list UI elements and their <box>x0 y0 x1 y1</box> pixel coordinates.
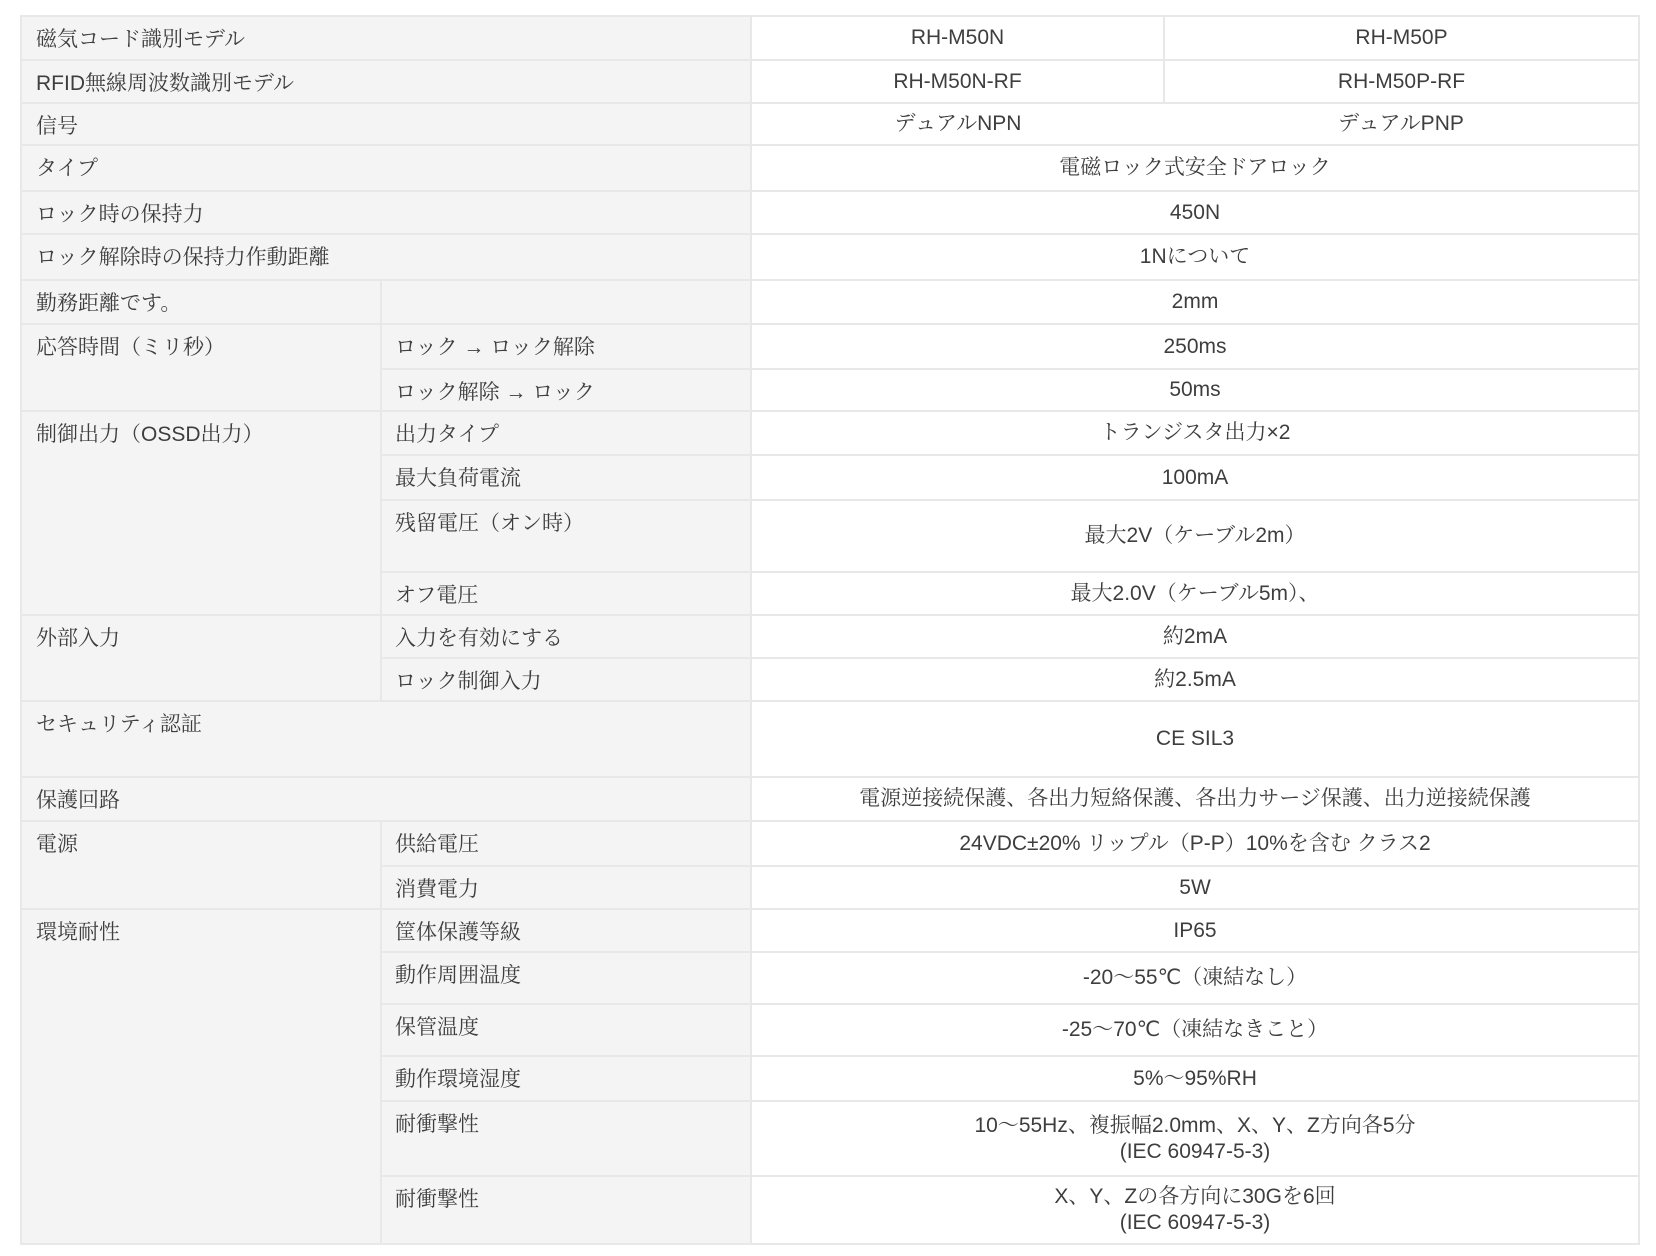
spec-row: 外部入力 入力を有効にする 約2mA <box>21 615 1639 658</box>
spec-row: 環境耐性 筐体保護等級 IP65 <box>21 909 1639 952</box>
value-unlock-to-lock: 50ms <box>751 369 1639 411</box>
value-operating-humidity: 5%〜95%RH <box>751 1056 1639 1101</box>
row-label-security-cert: セキュリティ認証 <box>21 701 751 777</box>
value-model-pnp: RH-M50P <box>1164 16 1639 60</box>
row-label-signal: 信号 <box>21 103 751 145</box>
value-enable-input: 約2mA <box>751 615 1639 658</box>
value-line-2: (IEC 60947-5-3) <box>762 1210 1628 1236</box>
sublabel-shock-resistance: 耐衝撃性 <box>381 1176 751 1244</box>
sublabel-output-type: 出力タイプ <box>381 411 751 455</box>
row-label-working-distance: 勤務距離です。 <box>21 280 381 324</box>
page: 磁気コード識別モデル RH-M50N RH-M50P RFID無線周波数識別モデ… <box>0 0 1656 1256</box>
sublabel-power-consumption: 消費電力 <box>381 866 751 909</box>
value-security-cert: CE SIL3 <box>751 701 1639 777</box>
row-label-rfid-model: RFID無線周波数識別モデル <box>21 60 751 103</box>
value-shock-resistance: X、Y、Zの各方向に30Gを6回 (IEC 60947-5-3) <box>751 1176 1639 1244</box>
value-rfid-model-npn: RH-M50N-RF <box>751 60 1164 103</box>
value-enclosure-rating: IP65 <box>751 909 1639 952</box>
value-off-voltage: 最大2.0V（ケーブル5m）、 <box>751 572 1639 615</box>
spec-table: 磁気コード識別モデル RH-M50N RH-M50P RFID無線周波数識別モデ… <box>20 15 1640 1245</box>
sublabel-storage-temp: 保管温度 <box>381 1004 751 1056</box>
value-line-1: X、Y、Zの各方向に30Gを6回 <box>762 1184 1628 1210</box>
value-lock-control-input: 約2.5mA <box>751 658 1639 701</box>
row-label-external-input: 外部入力 <box>21 615 381 701</box>
spec-row: ロック時の保持力 450N <box>21 191 1639 234</box>
spec-row: RFID無線周波数識別モデル RH-M50N-RF RH-M50P-RF <box>21 60 1639 103</box>
spec-row: 信号 デュアルNPN デュアルPNP <box>21 103 1639 145</box>
sublabel-off-voltage: オフ電圧 <box>381 572 751 615</box>
row-label-protection-circuit: 保護回路 <box>21 777 751 821</box>
spec-row: 応答時間（ミリ秒） ロック → ロック解除 250ms <box>21 324 1639 369</box>
value-output-type: トランジスタ出力×2 <box>751 411 1639 455</box>
value-working-distance: 2mm <box>751 280 1639 324</box>
sublabel-supply-voltage: 供給電圧 <box>381 821 751 866</box>
sublabel-working-distance-empty <box>381 280 751 324</box>
value-holding-force: 450N <box>751 191 1639 234</box>
sublabel-lock-control-input: ロック制御入力 <box>381 658 751 701</box>
spec-row: セキュリティ認証 CE SIL3 <box>21 701 1639 777</box>
row-label-power: 電源 <box>21 821 381 909</box>
spec-row: 保護回路 電源逆接続保護、各出力短絡保護、各出力サージ保護、出力逆接続保護 <box>21 777 1639 821</box>
spec-row: 制御出力（OSSD出力） 出力タイプ トランジスタ出力×2 <box>21 411 1639 455</box>
row-label-response-time: 応答時間（ミリ秒） <box>21 324 381 411</box>
value-unlock-force-distance: 1Nについて <box>751 234 1639 280</box>
spec-row: 電源 供給電圧 24VDC±20% リップル（P-P）10%を含む クラス2 <box>21 821 1639 866</box>
value-vibration-resistance: 10〜55Hz、複振幅2.0mm、X、Y、Z方向各5分 (IEC 60947-5… <box>751 1101 1639 1176</box>
sublabel-lock-to-unlock: ロック → ロック解除 <box>381 324 751 369</box>
row-label-unlock-force-distance: ロック解除時の保持力作動距離 <box>21 234 751 280</box>
sublabel-enable-input: 入力を有効にする <box>381 615 751 658</box>
value-power-consumption: 5W <box>751 866 1639 909</box>
value-signal-npn: デュアルNPN <box>751 103 1164 145</box>
spec-row: ロック解除時の保持力作動距離 1Nについて <box>21 234 1639 280</box>
sublabel-max-load-current: 最大負荷電流 <box>381 455 751 500</box>
value-supply-voltage: 24VDC±20% リップル（P-P）10%を含む クラス2 <box>751 821 1639 866</box>
spec-row: 磁気コード識別モデル RH-M50N RH-M50P <box>21 16 1639 60</box>
spec-row: タイプ 電磁ロック式安全ドアロック <box>21 145 1639 191</box>
row-label-type: タイプ <box>21 145 751 191</box>
value-lock-to-unlock: 250ms <box>751 324 1639 369</box>
spec-row: 勤務距離です。 2mm <box>21 280 1639 324</box>
value-model-npn: RH-M50N <box>751 16 1164 60</box>
row-label-control-output: 制御出力（OSSD出力） <box>21 411 381 615</box>
value-storage-temp: -25〜70℃（凍結なきこと） <box>751 1004 1639 1056</box>
row-label-environment: 環境耐性 <box>21 909 381 1244</box>
sublabel-vibration-resistance: 耐衝撃性 <box>381 1101 751 1176</box>
value-signal-pnp: デュアルPNP <box>1164 103 1639 145</box>
sublabel-operating-humidity: 動作環境湿度 <box>381 1056 751 1101</box>
value-operating-temp: -20〜55℃（凍結なし） <box>751 952 1639 1004</box>
value-line-2: (IEC 60947-5-3) <box>762 1139 1628 1165</box>
value-type: 電磁ロック式安全ドアロック <box>751 145 1639 191</box>
value-protection-circuit: 電源逆接続保護、各出力短絡保護、各出力サージ保護、出力逆接続保護 <box>751 777 1639 821</box>
value-line-1: 10〜55Hz、複振幅2.0mm、X、Y、Z方向各5分 <box>762 1113 1628 1139</box>
sublabel-residual-voltage: 残留電圧（オン時） <box>381 500 751 572</box>
value-rfid-model-pnp: RH-M50P-RF <box>1164 60 1639 103</box>
row-label-holding-force: ロック時の保持力 <box>21 191 751 234</box>
value-max-load-current: 100mA <box>751 455 1639 500</box>
sublabel-operating-temp: 動作周囲温度 <box>381 952 751 1004</box>
value-residual-voltage: 最大2V（ケーブル2m） <box>751 500 1639 572</box>
sublabel-enclosure-rating: 筐体保護等級 <box>381 909 751 952</box>
row-label-magnetic-model: 磁気コード識別モデル <box>21 16 751 60</box>
sublabel-unlock-to-lock: ロック解除 → ロック <box>381 369 751 411</box>
